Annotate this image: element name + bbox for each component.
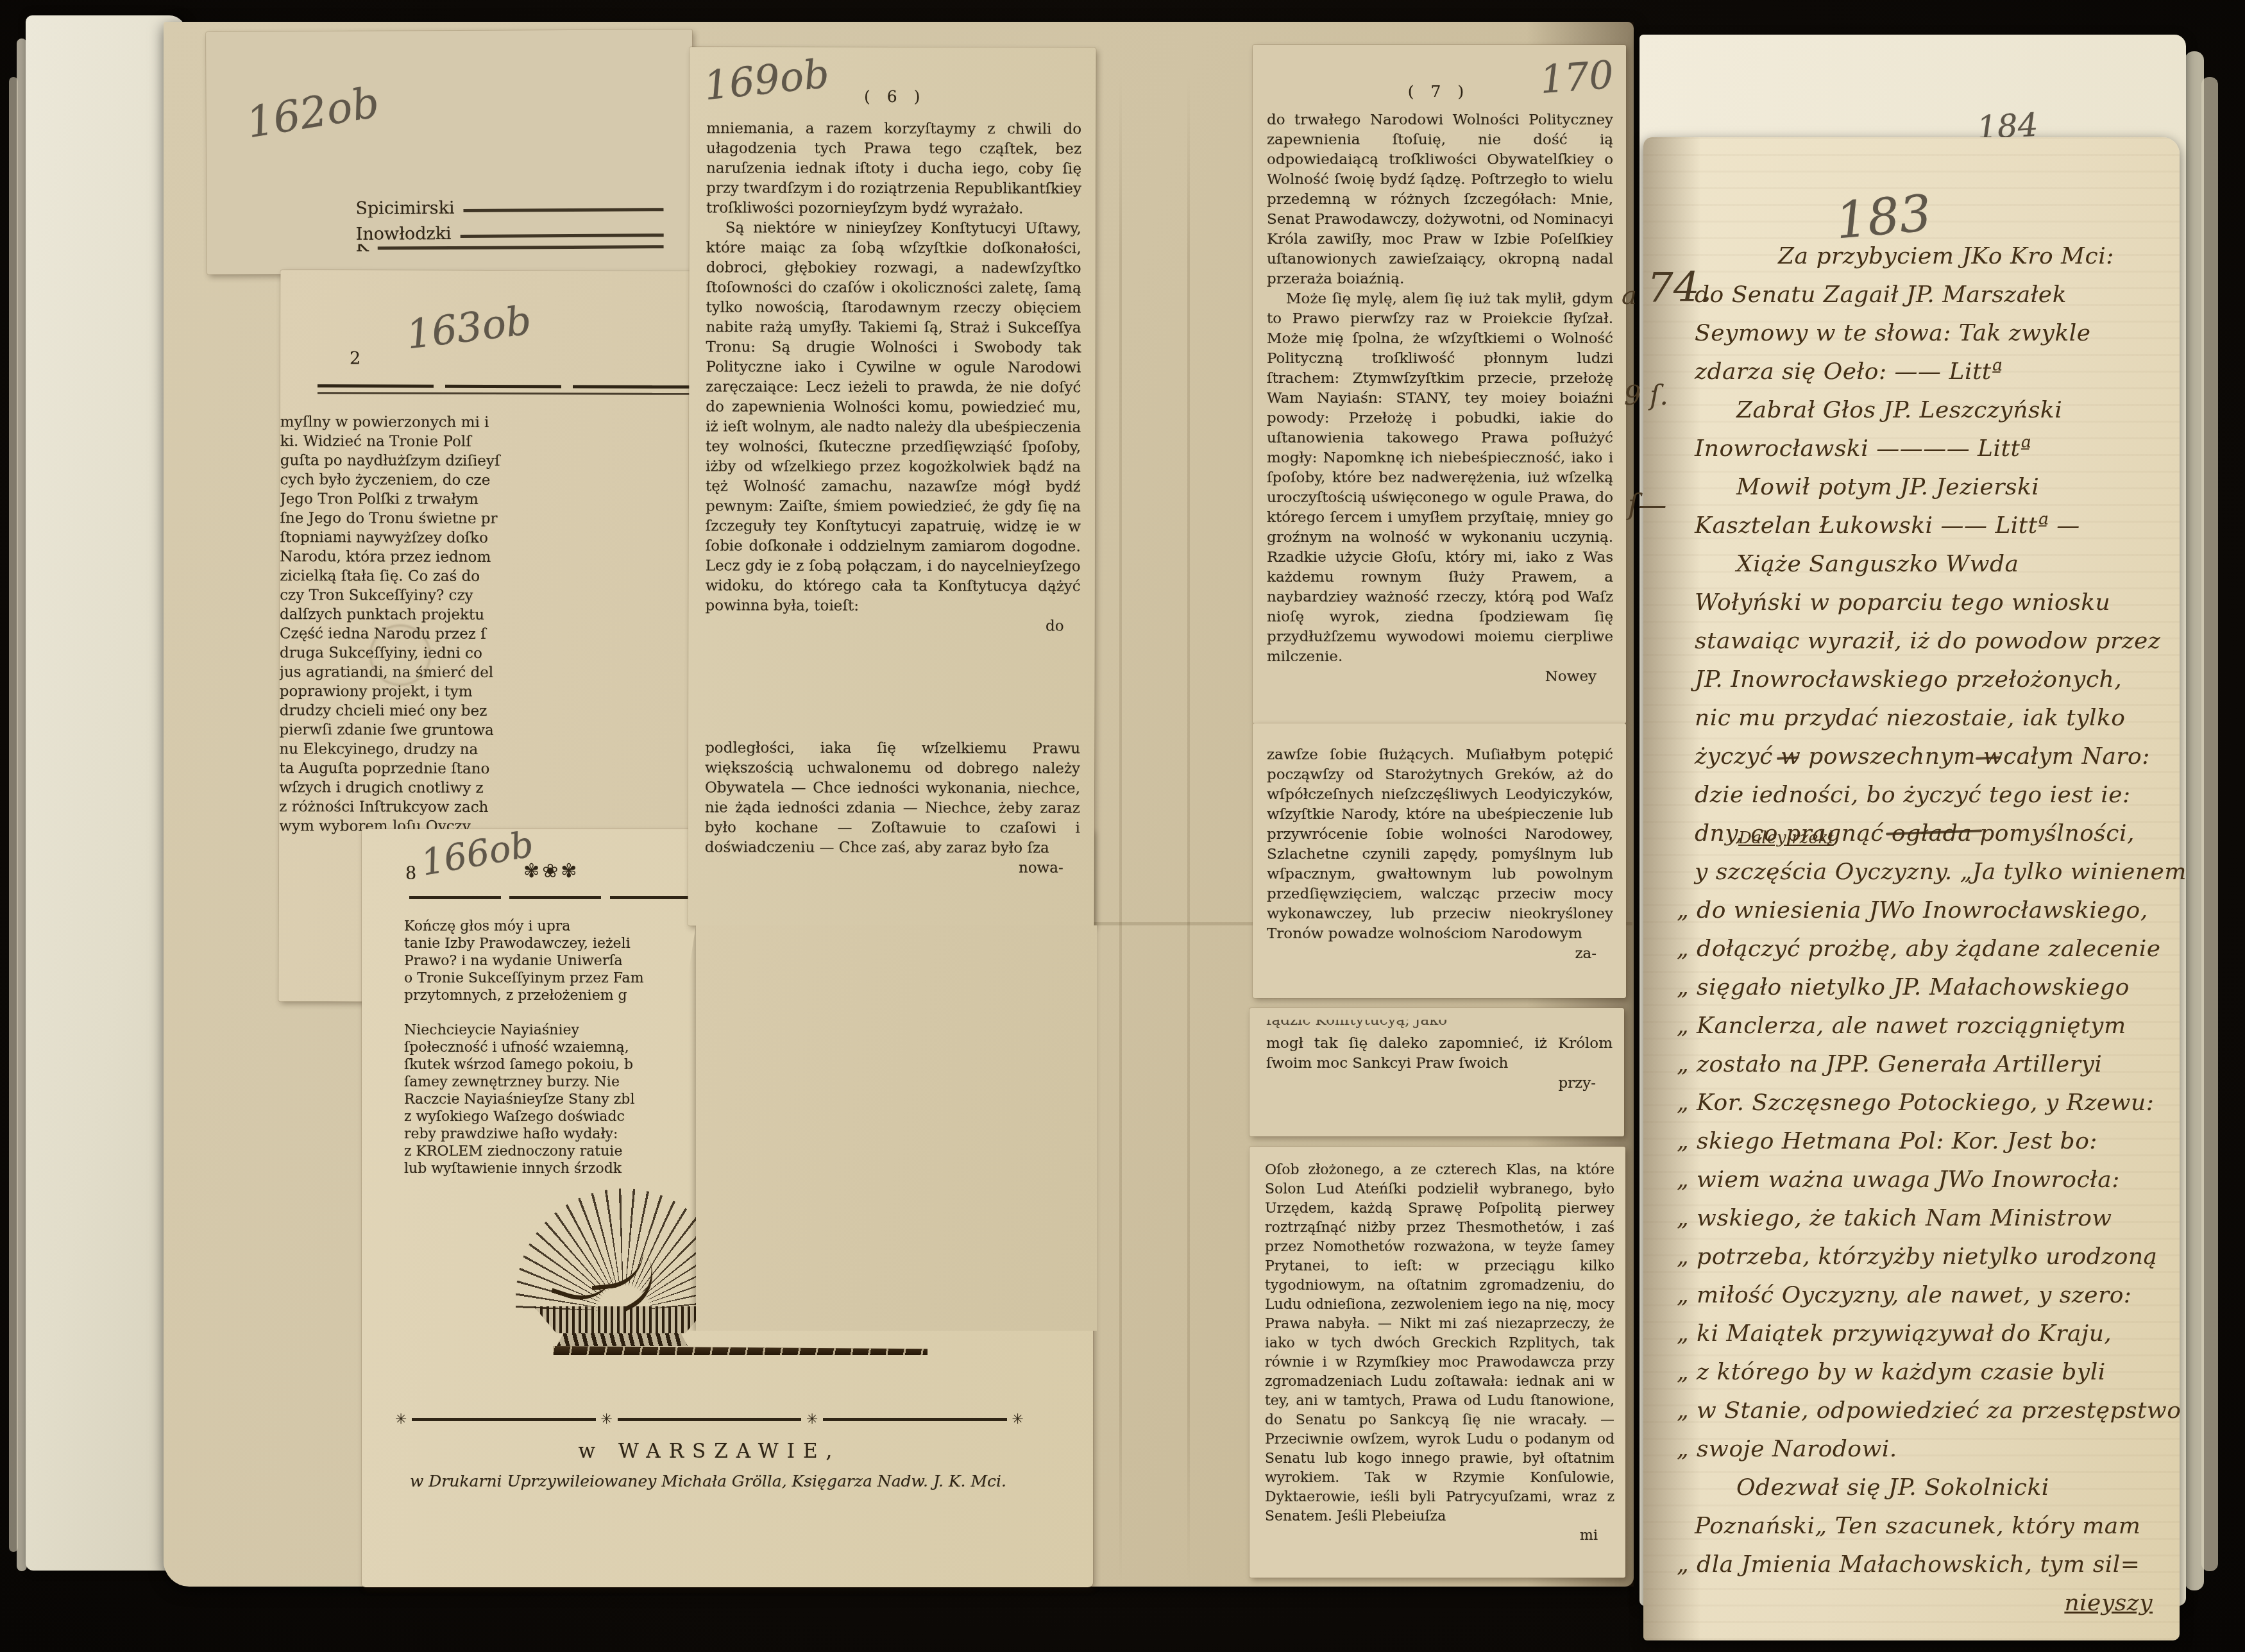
floral-ornament: ✾❀✾ bbox=[523, 860, 579, 882]
print-page-header: ( 7 ) bbox=[1349, 82, 1529, 101]
print-text-block: do trwałego Narodowi Wolności Polityczne… bbox=[1267, 110, 1613, 687]
manuscript-line: Inowrocławski ———— Littª bbox=[1675, 430, 2163, 468]
manuscript-line: „ z którego by w każdym czasie byli bbox=[1675, 1353, 2163, 1392]
section-rule bbox=[409, 896, 704, 899]
manuscript-line: do Senatu Zagaił JP. Marszałek bbox=[1675, 276, 2163, 314]
page-number: 2 bbox=[350, 348, 360, 368]
manuscript-line: Xiąże Sanguszko Wwda bbox=[1675, 545, 2163, 584]
manuscript-line: Seymowy w te słowa: Tak zwykle bbox=[1675, 314, 2163, 353]
manuscript-line: „ skiego Hetmana Pol: Kor. Jest bo: bbox=[1675, 1122, 2163, 1161]
manuscript-line: JP. Inowrocławskiego przełożonych, bbox=[1675, 661, 2163, 699]
list-item: K bbox=[356, 242, 664, 256]
manuscript-line: dzie iedności, bo życzyć tego iest ie: bbox=[1675, 776, 2163, 814]
clipping-170-block2: zawſze ſobie ſłużących. Muſiałbym potępi… bbox=[1253, 723, 1626, 998]
manuscript-line: „ ki Maiątek przywiązywał do Kraju, bbox=[1675, 1315, 2163, 1353]
manuscript-line: Za przybyciem JKo Kro Mci: bbox=[1675, 237, 2163, 276]
manuscript-line: „ wskiego, że takich Nam Ministrow bbox=[1675, 1199, 2163, 1238]
list-item: Inowłodzki bbox=[356, 217, 664, 244]
manuscript-line: Zabrał Głos JP. Leszczyński bbox=[1675, 391, 2163, 430]
fold-crease bbox=[1187, 76, 1190, 1583]
manuscript-line: Kasztelan Łukowski —— Littª — bbox=[1675, 507, 2163, 545]
manuscript-line: „ Kor. Szczęsnego Potockiego, y Rzewu: bbox=[1675, 1084, 2163, 1122]
list-item: Spicimirski bbox=[355, 191, 663, 219]
page-stack-edge bbox=[2185, 51, 2204, 1590]
asterisk-icon: ✳ bbox=[806, 1412, 818, 1428]
clipping-169ob: 169ob ( 6 ) mniemania, a razem korzyſtay… bbox=[688, 47, 1096, 926]
clipping-162ob: 162ob Spicimirski Inowłodzki K bbox=[206, 29, 693, 274]
deputy-vote-list: Spicimirski Inowłodzki K bbox=[355, 191, 664, 256]
cut-line: ſądzić Konſtytucyą; Jako bbox=[1266, 1020, 1613, 1030]
manuscript-line: „ dla Jmienia Małachowskich, tym sil= bbox=[1675, 1546, 2163, 1584]
ornament-foot bbox=[557, 1333, 688, 1346]
margin-note-a: a bbox=[1622, 281, 1637, 310]
dash-leader bbox=[461, 233, 664, 238]
print-text-block: mniemania, a razem korzyſtaymy z chwili … bbox=[706, 119, 1082, 636]
manuscript-line: „ w Stanie, odpowiedzieć za przestępstwo bbox=[1675, 1392, 2163, 1430]
dash-leader bbox=[464, 208, 664, 212]
page-number: 8 bbox=[405, 864, 416, 884]
imprint-publisher: w Drukarni Uprzywileiowaney Michała Gröl… bbox=[381, 1472, 1035, 1490]
ornament-basket bbox=[534, 1306, 708, 1333]
manuscript-line: Mowił potym JP. Jezierski bbox=[1675, 468, 2163, 507]
asterisk-icon: ✳ bbox=[395, 1412, 407, 1428]
double-rule bbox=[318, 384, 693, 389]
folio-number-pencil: 163ob bbox=[404, 297, 534, 358]
print-text-block: Oſob złożonego, a ze czterech Klas, na k… bbox=[1265, 1161, 1614, 1546]
asterisk-rule: ✳ ✳ ✳ ✳ bbox=[395, 1412, 1024, 1428]
print-text-block: podległości, iaka ſię wſzelkiemu Prawu w… bbox=[705, 738, 1080, 878]
catchword: za- bbox=[1267, 944, 1613, 964]
manuscript-line: Poznański„ Ten szacunek, który mam bbox=[1675, 1507, 2163, 1546]
asterisk-icon: ✳ bbox=[601, 1412, 613, 1428]
print-column-fragment: myſlny w powierzonych mi iki. Widzieć na… bbox=[279, 412, 704, 837]
print-column-fragment: Kończę głos móy i upratanie Izby Prawoda… bbox=[404, 918, 706, 1177]
ornament-tray bbox=[553, 1346, 928, 1355]
manuscript-line: Odezwał się JP. Sokolnicki bbox=[1675, 1469, 2163, 1507]
manuscript-line: życzyć w powszechnym wcałym Naro: bbox=[1675, 737, 2163, 776]
manuscript-line: „ Kanclerza, ale nawet rozciągniętym bbox=[1675, 1007, 2163, 1045]
manuscript-text: Za przybyciem JKo Kro Mci: do Senatu Zag… bbox=[1675, 237, 2163, 1622]
clipping-170-block1: 170 ( 7 ) do trwałego Narodowi Wolności … bbox=[1253, 45, 1626, 723]
blind-stamp bbox=[369, 624, 431, 686]
manuscript-line: „ swoje Narodowi. bbox=[1675, 1430, 2163, 1469]
manuscript-line: nieyszy bbox=[1675, 1584, 2163, 1622]
manuscript-line: Wołyński w poparciu tego wniosku bbox=[1675, 584, 2163, 622]
folio-number-pencil: 170 bbox=[1539, 53, 1615, 103]
print-text-block: zawſze ſobie ſłużących. Muſiałbym potępi… bbox=[1267, 745, 1613, 964]
catchword: przy- bbox=[1266, 1074, 1613, 1093]
folio-number-pencil: 162ob bbox=[243, 78, 383, 148]
double-rule bbox=[318, 392, 693, 395]
print-text-block: mogł tak ſię daleko zapomnieć, iż Królom… bbox=[1266, 1034, 1613, 1093]
archival-book-scan: Kr 162ob Spicimirski Inowłodzki K bbox=[0, 0, 2245, 1652]
fold-crease bbox=[1119, 76, 1122, 1583]
margin-squiggle: ſ— bbox=[1628, 489, 1666, 521]
manuscript-line: nic mu przydać niezostaie, iak tylko bbox=[1675, 699, 2163, 737]
manuscript-line: „ sięgało nietylko JP. Małachowskiego bbox=[1675, 968, 2163, 1007]
catchword: mi bbox=[1265, 1526, 1614, 1546]
manuscript-line: „ dołączyć prożbę, aby żądane zalecenie bbox=[1675, 930, 2163, 968]
blank-paper-scrap bbox=[696, 925, 1097, 1331]
underlying-page-left bbox=[26, 15, 186, 1571]
manuscript-line: „ zostało na JPP. Generała Artilleryi bbox=[1675, 1045, 2163, 1084]
manuscript-line: „ wiem ważna uwaga JWo Inowrocła: bbox=[1675, 1161, 2163, 1199]
interlinear-correction: Daley rzekł bbox=[1738, 829, 1834, 848]
manuscript-line: stawaiąc wyraził, iż do powodow przez bbox=[1675, 622, 2163, 661]
manuscript-line: y szczęścia Oyczyzny. „Ja tylko winienem bbox=[1675, 853, 2163, 891]
clipping-170-block3: ſądzić Konſtytucyą; Jako mogł tak ſię da… bbox=[1250, 1008, 1624, 1136]
dash-leader bbox=[378, 245, 664, 249]
manuscript-line: „ potrzeba, którzyżby nietylko urodzoną bbox=[1675, 1238, 2163, 1276]
imprint-city: w WARSZAWIE, bbox=[395, 1440, 1024, 1463]
catchword: nowa- bbox=[705, 857, 1080, 878]
catchword: Nowey bbox=[1267, 667, 1613, 687]
print-page-header: ( 6 ) bbox=[805, 87, 985, 106]
manuscript-line: zdarza się Oeło: —— Littª bbox=[1675, 353, 2163, 391]
folio-number-pencil: 166ob bbox=[418, 823, 537, 884]
manuscript-line: „ miłość Oyczyzny, ale nawet, y szero: bbox=[1675, 1276, 2163, 1315]
clipping-170-block4: Oſob złożonego, a ze czterech Klas, na k… bbox=[1250, 1147, 1625, 1578]
asterisk-icon: ✳ bbox=[1012, 1412, 1024, 1428]
manuscript-line: „ do wniesienia JWo Inowrocławskiego, bbox=[1675, 891, 2163, 930]
margin-note-9s: 9 ſ. bbox=[1624, 380, 1668, 411]
catchword: do bbox=[706, 616, 1081, 636]
